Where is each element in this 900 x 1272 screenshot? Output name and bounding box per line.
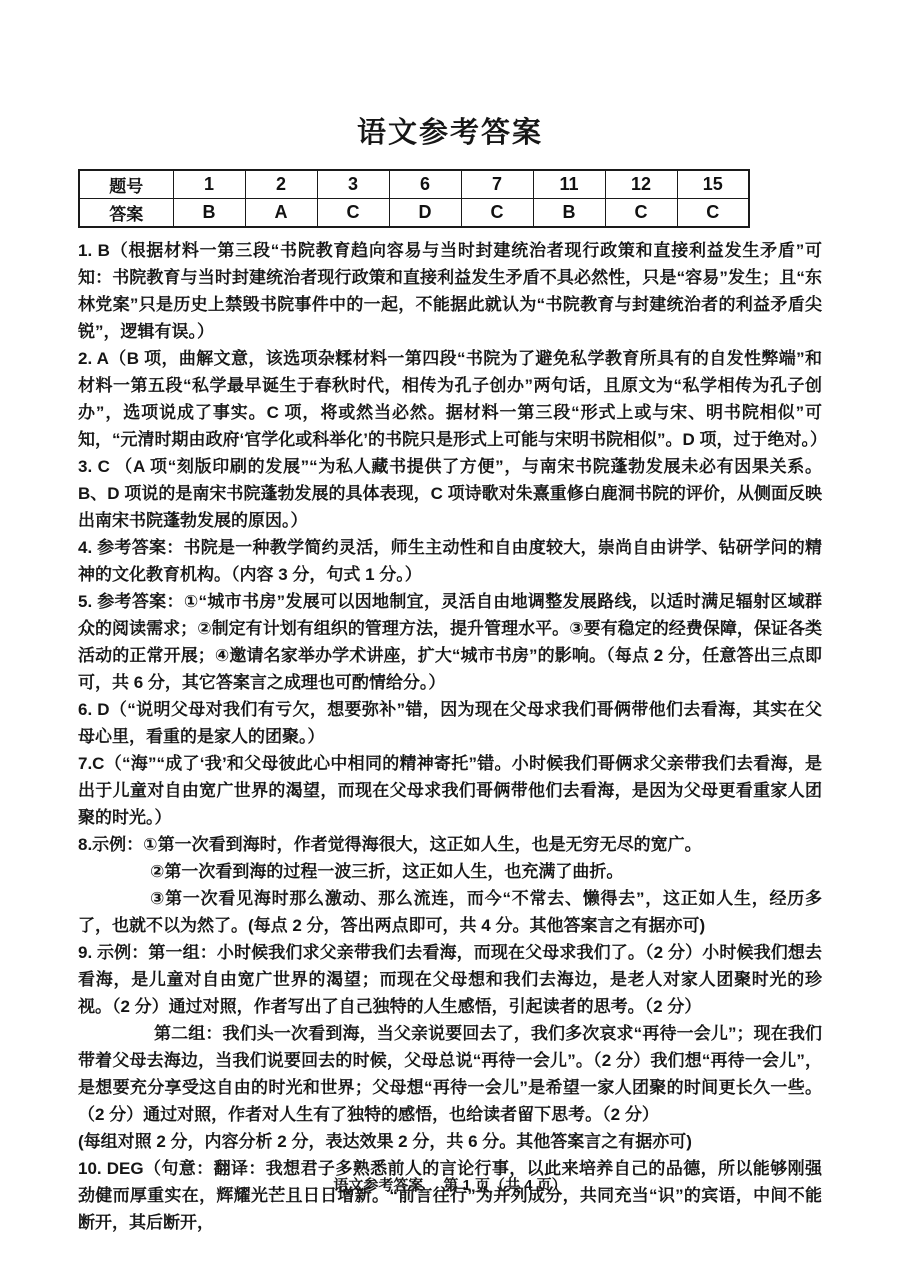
answer-cell: C	[461, 199, 533, 228]
explanation-5: 5. 参考答案：①“城市书房”发展可以因地制宜，灵活自由地调整发展路线，以适时满…	[78, 588, 822, 696]
question-number-cell: 6	[389, 170, 461, 199]
explanation-4: 4. 参考答案：书院是一种教学简约灵活，师生主动性和自由度较大，崇尚自由讲学、钻…	[78, 534, 822, 588]
answer-cell: C	[605, 199, 677, 228]
explanation-8-point-1: 8.示例：①第一次看到海时，作者觉得海很大，这正如人生，也是无穷无尽的宽广。	[78, 831, 822, 858]
explanation-7: 7.C（“海”“成了‘我’和父母彼此心中相同的精神寄托”错。小时候我们哥俩求父亲…	[78, 750, 822, 831]
explanation-9-group-1: 9. 示例：第一组：小时候我们求父亲带我们去看海，而现在父母求我们了。（2 分）…	[78, 939, 822, 1020]
explanation-6: 6. D（“说明父母对我们有亏欠，想要弥补”错，因为现在父母求我们哥俩带他们去看…	[78, 696, 822, 750]
answer-cell: B	[533, 199, 605, 228]
answer-cell: C	[317, 199, 389, 228]
page-title: 语文参考答案	[78, 110, 822, 151]
question-number-cell: 11	[533, 170, 605, 199]
question-number-cell: 2	[245, 170, 317, 199]
exam-answer-page: 语文参考答案 题号 1 2 3 6 7 11 12 15 答案 B A	[0, 0, 900, 1272]
explanation-8-point-3: ③第一次看见海时那么激动、那么流连，而今“不常去、懒得去”，这正如人生，经历多了…	[78, 885, 822, 939]
answer-row: 答案 B A C D C B C C	[79, 199, 749, 228]
explanation-8-point-2: ②第一次看到海的过程一波三折，这正如人生，也充满了曲折。	[78, 858, 822, 885]
explanation-10: 10. DEG（句意：翻译：我想君子多熟悉前人的言论行事，以此来培养自己的品德，…	[78, 1155, 822, 1236]
answer-cell: A	[245, 199, 317, 228]
explanation-3: 3. C （A 项“刻版印刷的发展”“为私人藏书提供了方便”，与南宋书院蓬勃发展…	[78, 453, 822, 534]
page-footer: 语文参考答案第 1 页（共 4 页）	[0, 1174, 900, 1195]
footer-doc-label: 语文参考答案	[333, 1177, 423, 1194]
question-number-row-label: 题号	[79, 170, 173, 199]
explanation-1: 1. B（根据材料一第三段“书院教育趋向容易与当时封建统治者现行政策和直接利益发…	[78, 237, 822, 345]
explanation-9-group-2: 第二组：我们头一次看到海，当父亲说要回去了，我们多次哀求“再待一会儿”；现在我们…	[78, 1020, 822, 1128]
question-number-row: 题号 1 2 3 6 7 11 12 15	[79, 170, 749, 199]
answer-cell: C	[677, 199, 749, 228]
question-number-cell: 7	[461, 170, 533, 199]
question-number-cell: 3	[317, 170, 389, 199]
explanation-9-scoring-note: (每组对照 2 分，内容分析 2 分，表达效果 2 分，共 6 分。其他答案言之…	[78, 1128, 822, 1155]
answer-cell: D	[389, 199, 461, 228]
question-number-cell: 1	[173, 170, 245, 199]
question-number-cell: 12	[605, 170, 677, 199]
question-number-cell: 15	[677, 170, 749, 199]
explanation-2: 2. A（B 项，曲解文意，该选项杂糅材料一第四段“书院为了避免私学教育所具有的…	[78, 345, 822, 453]
explanations-section: 1. B（根据材料一第三段“书院教育趋向容易与当时封建统治者现行政策和直接利益发…	[78, 237, 822, 1236]
answer-row-label: 答案	[79, 199, 173, 228]
answer-table: 题号 1 2 3 6 7 11 12 15 答案 B A C D C B C C	[78, 169, 750, 228]
answer-cell: B	[173, 199, 245, 228]
footer-page-number: 第 1 页（共 4 页）	[443, 1177, 566, 1194]
